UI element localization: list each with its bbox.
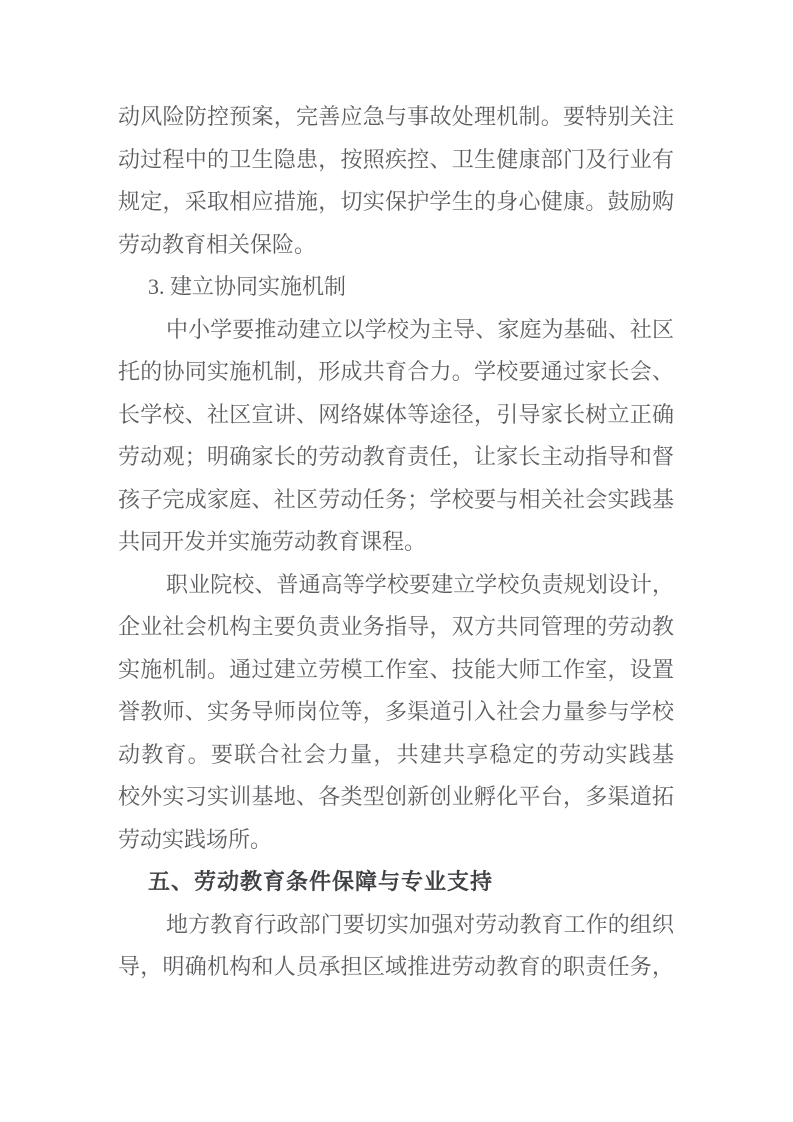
text-line: 共同开发并实施劳动教育课程。	[118, 521, 674, 564]
section-heading-line: 五、劳动教育条件保障与专业支持	[118, 861, 674, 904]
text-line: 规定，采取相应措施，切实保护学生的身心健康。鼓励购买	[118, 181, 674, 224]
text-line: 动风险防控预案，完善应急与事故处理机制。要特别关注劳	[118, 96, 674, 139]
document-page: 动风险防控预案，完善应急与事故处理机制。要特别关注劳 动过程中的卫生隐患，按照疾…	[0, 0, 793, 1122]
text-line: 校外实习实训基地、各类型创新创业孵化平台，多渠道拓展	[118, 776, 674, 819]
text-line: 劳动实践场所。	[118, 819, 674, 862]
text-line: 劳动观；明确家长的劳动教育责任，让家长主动指导和督促	[118, 436, 674, 479]
text-line: 誉教师、实务导师岗位等，多渠道引入社会力量参与学校劳	[118, 691, 674, 734]
text-line: 动过程中的卫生隐患，按照疾控、卫生健康部门及行业有关	[118, 139, 674, 182]
text-line: 企业社会机构主要负责业务指导，双方共同管理的劳动教育	[118, 606, 674, 649]
text-line: 中小学要推动建立以学校为主导、家庭为基础、社区为依	[118, 309, 674, 352]
paragraph: 动风险防控预案，完善应急与事故处理机制。要特别关注劳 动过程中的卫生隐患，按照疾…	[118, 96, 674, 266]
text-line: 孩子完成家庭、社区劳动任务；学校要与相关社会实践基地	[118, 479, 674, 522]
paragraph: 中小学要推动建立以学校为主导、家庭为基础、社区为依 托的协同实施机制，形成共育合…	[118, 309, 674, 564]
paragraph: 职业院校、普通高等学校要建立学校负责规划设计，行业 企业社会机构主要负责业务指导…	[118, 564, 674, 862]
text-line: 实施机制。通过建立劳模工作室、技能大师工作室，设置荣	[118, 649, 674, 692]
text-line: 地方教育行政部门要切实加强对劳动教育工作的组织领	[118, 904, 674, 947]
text-line: 职业院校、普通高等学校要建立学校负责规划设计，行业	[118, 564, 674, 607]
text-line: 动教育。要联合社会力量，共建共享稳定的劳动实践基地、	[118, 734, 674, 777]
numbered-subheading: 3. 建立协同实施机制	[118, 266, 674, 309]
section-heading: 五、劳动教育条件保障与专业支持	[118, 861, 674, 904]
document-text-block: 动风险防控预案，完善应急与事故处理机制。要特别关注劳 动过程中的卫生隐患，按照疾…	[118, 96, 674, 989]
paragraph: 地方教育行政部门要切实加强对劳动教育工作的组织领 导，明确机构和人员承担区域推进…	[118, 904, 674, 989]
text-line: 导，明确机构和人员承担区域推进劳动教育的职责任务，切	[118, 946, 674, 989]
text-line: 劳动教育相关保险。	[118, 224, 674, 267]
text-line: 长学校、社区宣讲、网络媒体等途径，引导家长树立正确的	[118, 394, 674, 437]
subheading-line: 3. 建立协同实施机制	[118, 266, 674, 309]
text-line: 托的协同实施机制，形成共育合力。学校要通过家长会、家	[118, 351, 674, 394]
